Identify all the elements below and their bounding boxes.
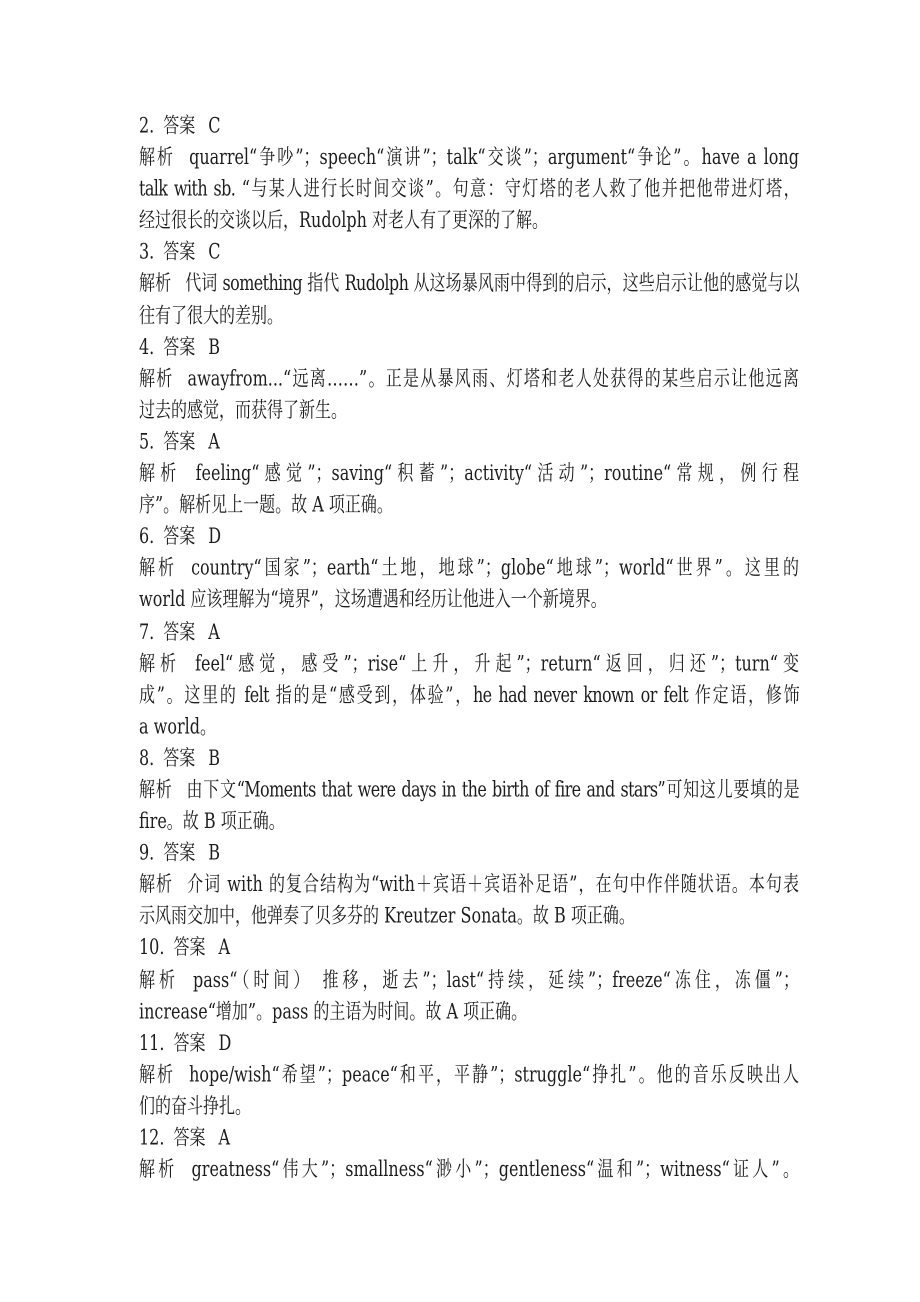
answer-heading: 8.答案B	[139, 742, 799, 774]
answer-explanations-document: 2.答案C 解析quarrel“争吵”；speech“演讲”；talk“交谈”；…	[139, 110, 799, 1185]
explanation-line: 解析feeling“感觉”；saving“积蓄”；activity“活动”；ro…	[139, 458, 799, 490]
answer-label: 答案	[173, 1125, 205, 1150]
explanation-text: a world。	[139, 713, 216, 738]
explanation-line: talk with sb. “与某人进行长时间交谈”。句意：守灯塔的老人救了他并…	[139, 173, 799, 205]
answer-label: 答案	[163, 840, 195, 865]
explanation-text: 过去的感觉，而获得了新生。	[139, 397, 347, 422]
explanation-text: 成”。这里的 felt 指的是“感受到，体验”，he had never kno…	[139, 682, 799, 707]
question-number: 6.	[139, 524, 154, 549]
answer-letter: A	[218, 935, 230, 960]
explanation-text: 们的奋斗挣扎。	[139, 1093, 251, 1118]
explanation-line: 解析pass“（时间） 推移，逝去”；last“持续，延续”；freeze“冻住…	[139, 964, 799, 996]
explanation-text: 序”。解析见上一题。故 A 项正确。	[139, 492, 393, 517]
explanation-line: 们的奋斗挣扎。	[139, 1090, 799, 1122]
explanation-label: 解析	[139, 650, 181, 675]
explanation-line: 往有了很大的差别。	[139, 300, 799, 332]
explanation-text: talk with sb. “与某人进行长时间交谈”。句意：守灯塔的老人救了他并…	[139, 176, 799, 201]
explanation-text: feeling“感觉”；saving“积蓄”；activity“活动”；rout…	[196, 460, 799, 485]
explanation-label: 解析	[139, 966, 179, 991]
answer-label: 答案	[163, 334, 195, 359]
answer-letter: B	[208, 334, 220, 359]
explanation-line: a world。	[139, 711, 799, 743]
explanation-text: 经过很长的交谈以后，Rudolph 对老人有了更深的了解。	[139, 207, 548, 232]
explanation-label: 解析	[139, 366, 174, 391]
explanation-label: 解析	[139, 555, 177, 580]
answer-heading: 4.答案B	[139, 331, 799, 363]
explanation-text: greatness“伟大”；smallness“渺小”；gentleness“温…	[192, 1156, 799, 1181]
explanation-text: awayfrom...“远离……”。正是从暴风雨、灯塔和老人处获得的某些启示让他…	[188, 366, 799, 391]
explanation-text: quarrel“争吵”；speech“演讲”；talk“交谈”；argument…	[189, 144, 799, 169]
explanation-line: 解析greatness“伟大”；smallness“渺小”；gentleness…	[139, 1154, 799, 1186]
question-number: 7.	[139, 619, 154, 644]
answer-letter: A	[208, 619, 220, 644]
explanation-text: 代词 something 指代 Rudolph 从这场暴风雨中得到的启示，这些启…	[185, 271, 799, 296]
answer-heading: 5.答案A	[139, 426, 799, 458]
question-number: 4.	[139, 334, 154, 359]
answer-heading: 2.答案C	[139, 110, 799, 142]
answer-heading: 11.答案D	[139, 1027, 799, 1059]
answer-letter: B	[208, 840, 220, 865]
answer-letter: C	[208, 113, 220, 138]
answer-letter: B	[208, 745, 220, 770]
answer-label: 答案	[163, 113, 195, 138]
explanation-line: 过去的感觉，而获得了新生。	[139, 395, 799, 427]
explanation-label: 解析	[139, 271, 171, 296]
explanation-line: 经过很长的交谈以后，Rudolph 对老人有了更深的了解。	[139, 205, 799, 237]
explanation-text: pass“（时间） 推移，逝去”；last“持续，延续”；freeze“冻住，冻…	[193, 966, 799, 991]
explanation-line: 解析由下文“Moments that were days in the birt…	[139, 774, 799, 806]
explanation-text: country“国家”；earth“土地，地球”；globe“地球”；world…	[191, 555, 799, 580]
explanation-text: increase“增加”。pass 的主语为时间。故 A 项正确。	[139, 998, 527, 1023]
answer-letter: C	[208, 239, 220, 264]
explanation-line: 解析代词 something 指代 Rudolph 从这场暴风雨中得到的启示，这…	[139, 268, 799, 300]
explanation-label: 解析	[139, 777, 172, 802]
answer-letter: D	[218, 1030, 231, 1055]
explanation-label: 解析	[139, 460, 182, 485]
explanation-line: 解析hope/wish“希望”；peace“和平，平静”；struggle“挣扎…	[139, 1059, 799, 1091]
answer-heading: 9.答案B	[139, 837, 799, 869]
explanation-line: 解析awayfrom...“远离……”。正是从暴风雨、灯塔和老人处获得的某些启示…	[139, 363, 799, 395]
answer-heading: 7.答案A	[139, 616, 799, 648]
explanation-label: 解析	[139, 144, 175, 169]
answer-letter: D	[208, 524, 221, 549]
explanation-label: 解析	[139, 1156, 178, 1181]
explanation-text: 由下文“Moments that were days in the birth …	[186, 777, 799, 802]
explanation-text: feel“感觉，感受”；rise“上升，升起”；return“返回，归还”；tu…	[195, 650, 799, 675]
explanation-line: 解析介词 with 的复合结构为“with＋宾语＋宾语补足语”，在句中作伴随状语…	[139, 869, 799, 901]
question-number: 2.	[139, 113, 154, 138]
answer-label: 答案	[163, 239, 195, 264]
explanation-line: 解析country“国家”；earth“土地，地球”；globe“地球”；wor…	[139, 553, 799, 585]
explanation-text: 示风雨交加中，他弹奏了贝多芬的 Kreutzer Sonata。故 B 项正确。	[139, 903, 635, 928]
question-number: 12.	[139, 1125, 164, 1150]
answer-label: 答案	[163, 524, 195, 549]
explanation-text: world 应该理解为“境界”，这场遭遇和经历让他进入一个新境界。	[139, 587, 607, 612]
question-number: 11.	[139, 1030, 164, 1055]
explanation-line: 解析feel“感觉，感受”；rise“上升，升起”；return“返回，归还”；…	[139, 648, 799, 680]
answer-label: 答案	[173, 935, 205, 960]
explanation-text: 往有了很大的差别。	[139, 302, 283, 327]
answer-heading: 6.答案D	[139, 521, 799, 553]
question-number: 9.	[139, 840, 154, 865]
explanation-text: 介词 with 的复合结构为“with＋宾语＋宾语补足语”，在句中作伴随状语。本…	[187, 872, 799, 897]
explanation-label: 解析	[139, 872, 173, 897]
explanation-line: 序”。解析见上一题。故 A 项正确。	[139, 489, 799, 521]
answer-label: 答案	[173, 1030, 205, 1055]
explanation-line: 解析quarrel“争吵”；speech“演讲”；talk“交谈”；argume…	[139, 142, 799, 174]
answer-heading: 10.答案A	[139, 932, 799, 964]
answer-label: 答案	[163, 745, 195, 770]
answer-label: 答案	[163, 429, 195, 454]
question-number: 5.	[139, 429, 154, 454]
answer-label: 答案	[163, 619, 195, 644]
explanation-line: 成”。这里的 felt 指的是“感受到，体验”，he had never kno…	[139, 679, 799, 711]
explanation-line: world 应该理解为“境界”，这场遭遇和经历让他进入一个新境界。	[139, 584, 799, 616]
explanation-line: fire。故 B 项正确。	[139, 806, 799, 838]
explanation-label: 解析	[139, 1061, 175, 1086]
explanation-line: increase“增加”。pass 的主语为时间。故 A 项正确。	[139, 995, 799, 1027]
explanation-text: fire。故 B 项正确。	[139, 808, 285, 833]
question-number: 10.	[139, 935, 164, 960]
answer-letter: A	[208, 429, 220, 454]
explanation-line: 示风雨交加中，他弹奏了贝多芬的 Kreutzer Sonata。故 B 项正确。	[139, 901, 799, 933]
answer-heading: 12.答案A	[139, 1122, 799, 1154]
answer-heading: 3.答案C	[139, 236, 799, 268]
question-number: 8.	[139, 745, 154, 770]
question-number: 3.	[139, 239, 154, 264]
answer-letter: A	[218, 1125, 230, 1150]
document-page: { "page": { "background": "#ffffff", "te…	[0, 0, 920, 1302]
explanation-text: hope/wish“希望”；peace“和平，平静”；struggle“挣扎”。…	[189, 1061, 799, 1086]
